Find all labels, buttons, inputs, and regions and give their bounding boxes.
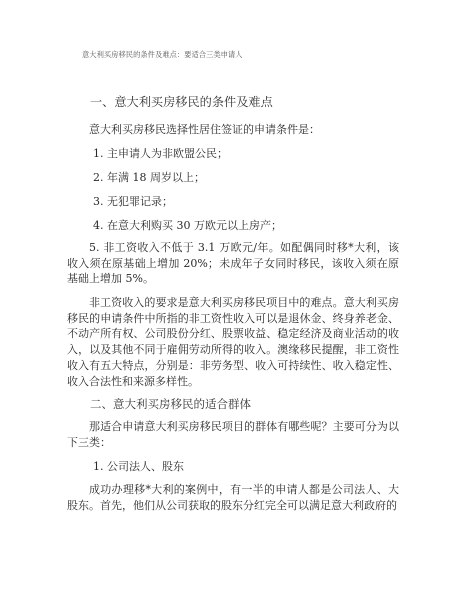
section-2-intro: 那适合申请意大利买房移民项目的群体有哪些呢？主要可分为以下三类：: [67, 419, 399, 450]
group-item-1: 1. 公司法人、股东: [93, 459, 425, 475]
section-heading-2: 二、意大利买房移民的适合群体: [90, 397, 422, 413]
section-1-intro: 意大利买房移民选择性居住签证的申请条件是：: [67, 122, 399, 138]
condition-item-2: 2. 年满 18 周岁以上；: [93, 170, 425, 186]
section-heading-1: 一、意大利买房移民的条件及难点: [90, 95, 422, 111]
page-header: 意大利买房移民的条件及难点：要适合三类申请人: [82, 50, 243, 60]
section-2-paragraph: 成功办理移*大利的案例中，有一半的申请人都是公司法人、大股东。首先，他们从公司获…: [67, 482, 399, 513]
condition-item-1: 1. 主申请人为非欧盟公民；: [93, 146, 425, 162]
section-1-paragraph: 非工资收入的要求是意大利买房移民项目中的难点。意大利买房移民的申请条件中所指的非…: [67, 295, 399, 389]
condition-item-5: 5. 非工资收入不低于 3.1 万欧元/年。如配偶同时移*大利，该收入须在原基础…: [67, 240, 399, 287]
condition-item-4: 4. 在意大利购买 30 万欧元以上房产；: [93, 218, 425, 234]
condition-item-3: 3. 无犯罪记录；: [93, 194, 425, 210]
